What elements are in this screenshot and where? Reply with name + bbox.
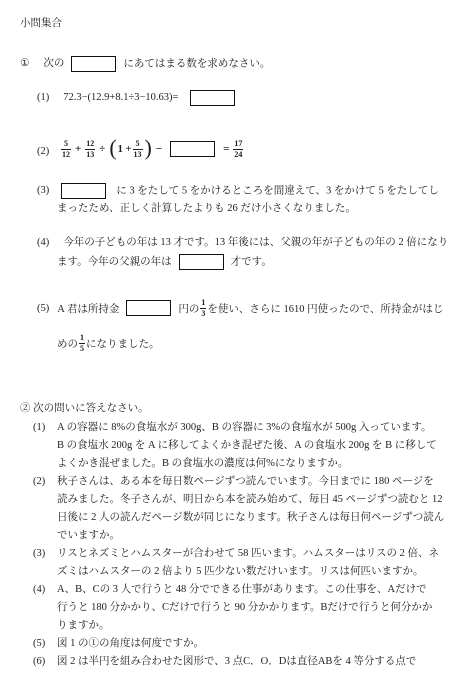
section1-prompt-before: 次の xyxy=(43,58,64,69)
s2-item2-line2: 読みました。冬子さんが、明日から本を読み始めて、毎日 45 ページずつ読むと 1… xyxy=(57,492,442,507)
equals-sign: = xyxy=(223,143,229,155)
s2-item2-line4: でいますか。 xyxy=(57,528,120,543)
section1-number: ① xyxy=(20,56,29,71)
s2-item1-line1: A の容器に 8%の食塩水が 300g、B の容器に 3%の食塩水が 500g … xyxy=(57,420,432,435)
s2-item4-number: (4) xyxy=(33,582,45,597)
answer-box-prompt[interactable] xyxy=(71,56,116,72)
s2-item2-number: (2) xyxy=(33,474,45,489)
s1-item4-line1: (4)今年の子どもの年は 13 才です。13 年後には、父親の年が子どもの年の … xyxy=(37,235,448,250)
s1-item4-text1: 今年の子どもの年は 13 才です。13 年後には、父親の年が子どもの年の 2 倍… xyxy=(63,237,448,248)
s1-item5-text4: めの xyxy=(57,336,78,351)
answer-box-5[interactable] xyxy=(126,300,171,316)
worksheet-page: 小問集合 ①次のにあてはまる数を求めなさい。 (1)72.3−(12.9+8.1… xyxy=(0,0,474,697)
fraction-1-5: 1 5 xyxy=(79,333,85,353)
s2-item3-line1: リスとネズミとハムスターが合わせて 58 匹います。ハムスターはリスの 2 倍、… xyxy=(57,546,439,561)
s2-item2-line1: 秋子さんは、ある本を毎日数ページずつ読んでいます。今日までに 180 ページを xyxy=(57,474,434,489)
page-title: 小問集合 xyxy=(20,16,62,31)
fraction-17-24: 17 24 xyxy=(233,139,243,159)
s2-item4-line2: 行うと 180 分かかり、Cだけで行うと 90 分かかります。Bだけで行うと何分… xyxy=(57,600,432,615)
s2-item6-line1: 図 2 は半円を組み合わせた図形で、3 点C．O．Dは直径ABを 4 等分する点… xyxy=(57,654,416,669)
s2-item2-line3: 日後に 2 人の読んだページ数が同じになります。秋子さんは毎日何ページずつ読ん xyxy=(57,510,444,525)
s1-item3-text1: に 3 をたして 5 をかけるところを間違えて、3 をかけて 5 をたしてし xyxy=(116,185,439,196)
s1-item1-expression: 72.3−(12.9+8.1÷3−10.63)= xyxy=(63,92,178,103)
s2-item5-line1: 図 1 の①の角度は何度ですか。 xyxy=(57,636,204,651)
s2-item1-number: (1) xyxy=(33,420,45,435)
s1-item4-line2: ます。今年の父親の年は才です。 xyxy=(57,254,272,270)
s1-item5-number: (5) xyxy=(37,303,49,314)
s2-item5-number: (5) xyxy=(33,636,45,651)
answer-box-2[interactable] xyxy=(170,141,215,157)
s1-item5-text5: になりました。 xyxy=(86,336,160,351)
s1-item5-line2: めの 1 5 になりました。 xyxy=(57,334,160,352)
answer-box-3[interactable] xyxy=(61,183,106,199)
minus-sign: − xyxy=(156,143,162,155)
s2-item1-line3: よくかき混ぜました。B の食塩水の濃度は何%になりますか。 xyxy=(57,456,348,471)
s1-item1: (1)72.3−(12.9+8.1÷3−10.63)= xyxy=(37,90,242,106)
section1-header: ①次のにあてはまる数を求めなさい。 xyxy=(20,56,270,72)
plus-sign: + xyxy=(75,143,81,155)
s2-item1-line2: B の食塩水 200g を A に移してよくかき混ぜた後、A の食塩水 200g… xyxy=(57,438,437,453)
s1-item3-line2: まったため、正しく計算したよりも 26 だけ小さくなりました。 xyxy=(57,201,356,216)
s1-item2-number: (2) xyxy=(37,144,49,159)
s1-item4-text3: 才です。 xyxy=(231,256,272,267)
answer-box-4[interactable] xyxy=(179,254,224,270)
s1-item5-text2: 円の xyxy=(178,301,199,316)
s1-item5-text3: を使い、さらに 1610 円使ったので、所持金がはじ xyxy=(207,301,443,316)
s1-item3-line1: (3)に 3 をたして 5 をかけるところを間違えて、3 をかけて 5 をたして… xyxy=(37,183,439,199)
s2-item6-number: (6) xyxy=(33,654,45,669)
s1-item4-number: (4) xyxy=(37,235,49,250)
left-paren: ( xyxy=(108,137,117,159)
s1-item3-number: (3) xyxy=(37,183,49,198)
s2-item4-line3: りますか。 xyxy=(57,618,110,633)
section2-header: ② 次の問いに答えなさい。 xyxy=(20,401,149,416)
fraction-1-3: 1 3 xyxy=(200,298,206,318)
answer-box-1[interactable] xyxy=(190,90,235,106)
s1-item1-number: (1) xyxy=(37,90,49,105)
s2-item4-line1: A、B、Cの 3 人で行うと 48 分でできる仕事があります。この仕事を、Aだけ… xyxy=(57,582,427,597)
divide-sign: ÷ xyxy=(99,143,105,155)
fraction-12-13: 12 13 xyxy=(85,139,95,159)
s1-item2-formula: 5 12 + 12 13 ÷ ( 1 + 5 13 ) − = 17 24 xyxy=(60,137,244,161)
section1-prompt-after: にあてはまる数を求めなさい。 xyxy=(123,58,270,69)
fraction-5-12: 5 12 xyxy=(61,139,71,159)
s1-item5-line1: (5) A 君は所持金 円の 1 3 を使い、さらに 1610 円使ったので、所… xyxy=(37,299,443,317)
s2-item3-number: (3) xyxy=(33,546,45,561)
right-paren: ) xyxy=(144,137,153,159)
s1-item5-text1: A 君は所持金 xyxy=(57,301,119,316)
s1-item4-text2: ます。今年の父親の年は xyxy=(57,256,172,267)
fraction-5-13: 5 13 xyxy=(133,139,143,159)
paren-inner-text: 1 + xyxy=(118,144,132,155)
s2-item3-line2: ズミはハムスターの 2 倍より 5 匹少ない数だけいます。リスは何匹いますか。 xyxy=(57,564,423,579)
